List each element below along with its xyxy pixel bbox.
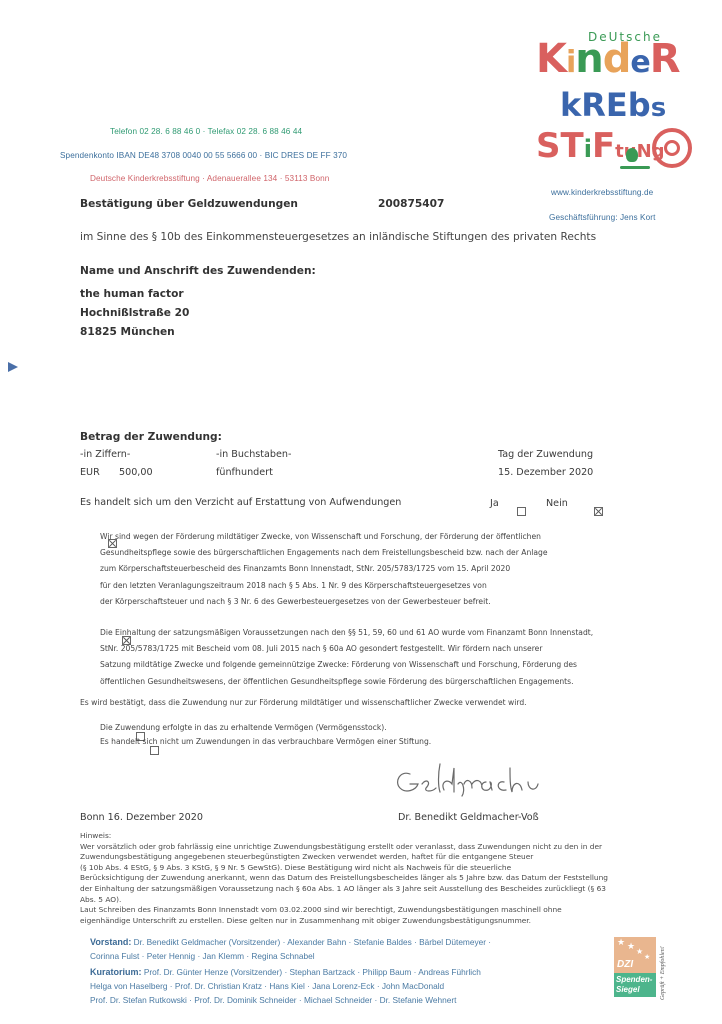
dzi-seal: ★ ★ ★ ★ DZI Spenden- Siegel xyxy=(614,937,656,1001)
clause2-line: StNr. 205/5783/1725 mit Bescheid vom 08.… xyxy=(100,641,593,657)
managing-director: Geschäftsführung: Jens Kort xyxy=(549,213,655,222)
kinderkrebsstiftung-logo: DeUtsche KindeR kREbs STiFtuNg xyxy=(530,28,710,178)
amount-value: 500,00 xyxy=(119,467,153,478)
star-icon: ★ xyxy=(636,947,643,956)
clause2-line: öffentlichen Gesundheitswesens, der öffe… xyxy=(100,674,593,690)
notice-line: eigenhändige Unterschrift zu erstellen. … xyxy=(80,916,608,927)
notice-line: Zuwendungsbestätigung angegebenen steuer… xyxy=(80,852,608,863)
donor-heading: Name und Anschrift des Zuwendenden: xyxy=(80,265,316,277)
star-icon: ★ xyxy=(617,938,625,948)
clause1-line: zum Körperschaftsteuerbescheid des Finan… xyxy=(100,561,548,577)
document-title: Bestätigung über Geldzuwendungen xyxy=(80,198,298,210)
option-verbrauchbar-text: Es handelt sich nicht um Zuwendungen in … xyxy=(100,737,431,746)
amount-currency: EUR xyxy=(80,467,100,478)
trustees-label: Kuratorium: xyxy=(90,967,142,977)
document-number: 200875407 xyxy=(378,198,444,210)
dzi-siegel: Siegel xyxy=(616,985,656,995)
notice-line: Wer vorsätzlich oder grob fahrlässig ein… xyxy=(80,842,608,853)
handwritten-signature xyxy=(392,760,572,800)
clause1-line: Gesundheitspflege sowie des bürgerschaft… xyxy=(100,545,548,561)
notice-line: Laut Schreiben des Finanzamts Bonn Innen… xyxy=(80,905,608,916)
confirmation-text: Es wird bestätigt, dass die Zuwendung nu… xyxy=(80,698,527,707)
dzi-seal-top: ★ ★ ★ ★ DZI xyxy=(614,937,656,973)
dzi-label: DZI xyxy=(617,959,633,970)
donation-date-label: Tag der Zuwendung xyxy=(498,449,593,460)
letterhead-address: Deutsche Kinderkrebsstiftung · Adenauera… xyxy=(90,174,329,183)
option-vermoegensstock-text: Die Zuwendung erfolgte in das zu erhalte… xyxy=(100,723,387,732)
logo-line-krebs: kREbs xyxy=(560,86,666,124)
website-link[interactable]: www.kinderkrebsstiftung.de xyxy=(551,188,653,197)
waiver-nein-label: Nein xyxy=(546,498,568,509)
waiver-nein-checkbox[interactable] xyxy=(594,507,603,516)
arrow-right-icon xyxy=(8,362,18,372)
trustees-line3: Prof. Dr. Stefan Rutkowski · Prof. Dr. D… xyxy=(90,993,481,1007)
logo-line-kinder: KindeR xyxy=(536,36,680,82)
board-block: Vorstand: Dr. Benedikt Geldmacher (Vorsi… xyxy=(90,935,491,963)
notice-block: Hinweis: Wer vorsätzlich oder grob fahrl… xyxy=(80,831,608,926)
star-icon: ★ xyxy=(627,942,635,952)
donor-name: the human factor xyxy=(80,288,184,300)
amount-words-label: -in Buchstaben- xyxy=(216,449,291,460)
rose-icon xyxy=(652,128,692,168)
trustees-line2: Helga von Haselberg · Prof. Dr. Christia… xyxy=(90,979,481,993)
star-icon: ★ xyxy=(644,953,650,961)
board-label: Vorstand: xyxy=(90,937,131,947)
document-subtitle: im Sinne des § 10b des Einkommensteuerge… xyxy=(80,231,596,243)
notice-line: (§ 10b Abs. 4 EStG, § 9 Abs. 3 KStG, § 9… xyxy=(80,863,608,874)
amount-words: fünfhundert xyxy=(216,467,273,478)
trustees-line1: Prof. Dr. Günter Henze (Vorsitzender) · … xyxy=(144,967,481,977)
logo-line-stiftung: STiFtuNg xyxy=(536,126,665,166)
board-members-line2: Corinna Fulst · Peter Hennig · Jan Klemm… xyxy=(90,949,491,963)
clause2-line: Satzung mildtätige Zwecke und folgende g… xyxy=(100,657,593,673)
notice-heading: Hinweis: xyxy=(80,831,608,842)
donation-date: 15. Dezember 2020 xyxy=(498,467,593,478)
donor-street: Hochnißlstraße 20 xyxy=(80,307,189,319)
waiver-text: Es handelt sich um den Verzicht auf Erst… xyxy=(80,497,401,508)
clause1-line: für den letzten Veranlagungszeitraum 201… xyxy=(100,578,548,594)
letterhead-phone: Telefon 02 28. 6 88 46 0 · Telefax 02 28… xyxy=(110,127,302,136)
clause2-line: Die Einhaltung der satzungsmäßigen Vorau… xyxy=(100,625,593,641)
notice-line: Berücksichtigung der Zuwendung anerkannt… xyxy=(80,873,608,884)
place-and-date: Bonn 16. Dezember 2020 xyxy=(80,812,203,823)
waiver-ja-label: Ja xyxy=(490,498,499,509)
signatory-name: Dr. Benedikt Geldmacher-Voß xyxy=(398,812,539,823)
sprout-base-icon xyxy=(620,166,650,169)
trustees-block: Kuratorium: Prof. Dr. Günter Henze (Vors… xyxy=(90,965,481,1007)
clause1-line: der Körperschaftsteuer und nach § 3 Nr. … xyxy=(100,594,548,610)
notice-line: Abs. 5 AO). xyxy=(80,895,608,906)
dzi-side-text: Geprüft + Empfohlen! xyxy=(660,946,666,1000)
clause2-text: Die Einhaltung der satzungsmäßigen Vorau… xyxy=(100,625,593,690)
dzi-spenden: Spenden- xyxy=(616,975,656,985)
sprout-icon xyxy=(626,148,638,162)
notice-line: der Einhaltung der satzungsmäßigen Vorau… xyxy=(80,884,608,895)
waiver-ja-checkbox[interactable] xyxy=(517,507,526,516)
amount-heading: Betrag der Zuwendung: xyxy=(80,431,222,443)
letterhead-bank-account: Spendenkonto IBAN DE48 3708 0040 00 55 5… xyxy=(60,151,347,160)
option-verbrauchbar-checkbox[interactable] xyxy=(150,746,159,755)
clause1-line: Wir sind wegen der Förderung mildtätiger… xyxy=(100,529,548,545)
dzi-seal-bottom: Spenden- Siegel xyxy=(614,973,656,997)
clause1-text: Wir sind wegen der Förderung mildtätiger… xyxy=(100,529,548,610)
donor-city: 81825 München xyxy=(80,326,175,338)
board-members-line1: Dr. Benedikt Geldmacher (Vorsitzender) ·… xyxy=(134,937,491,947)
amount-digits-label: -in Ziffern- xyxy=(80,449,130,460)
